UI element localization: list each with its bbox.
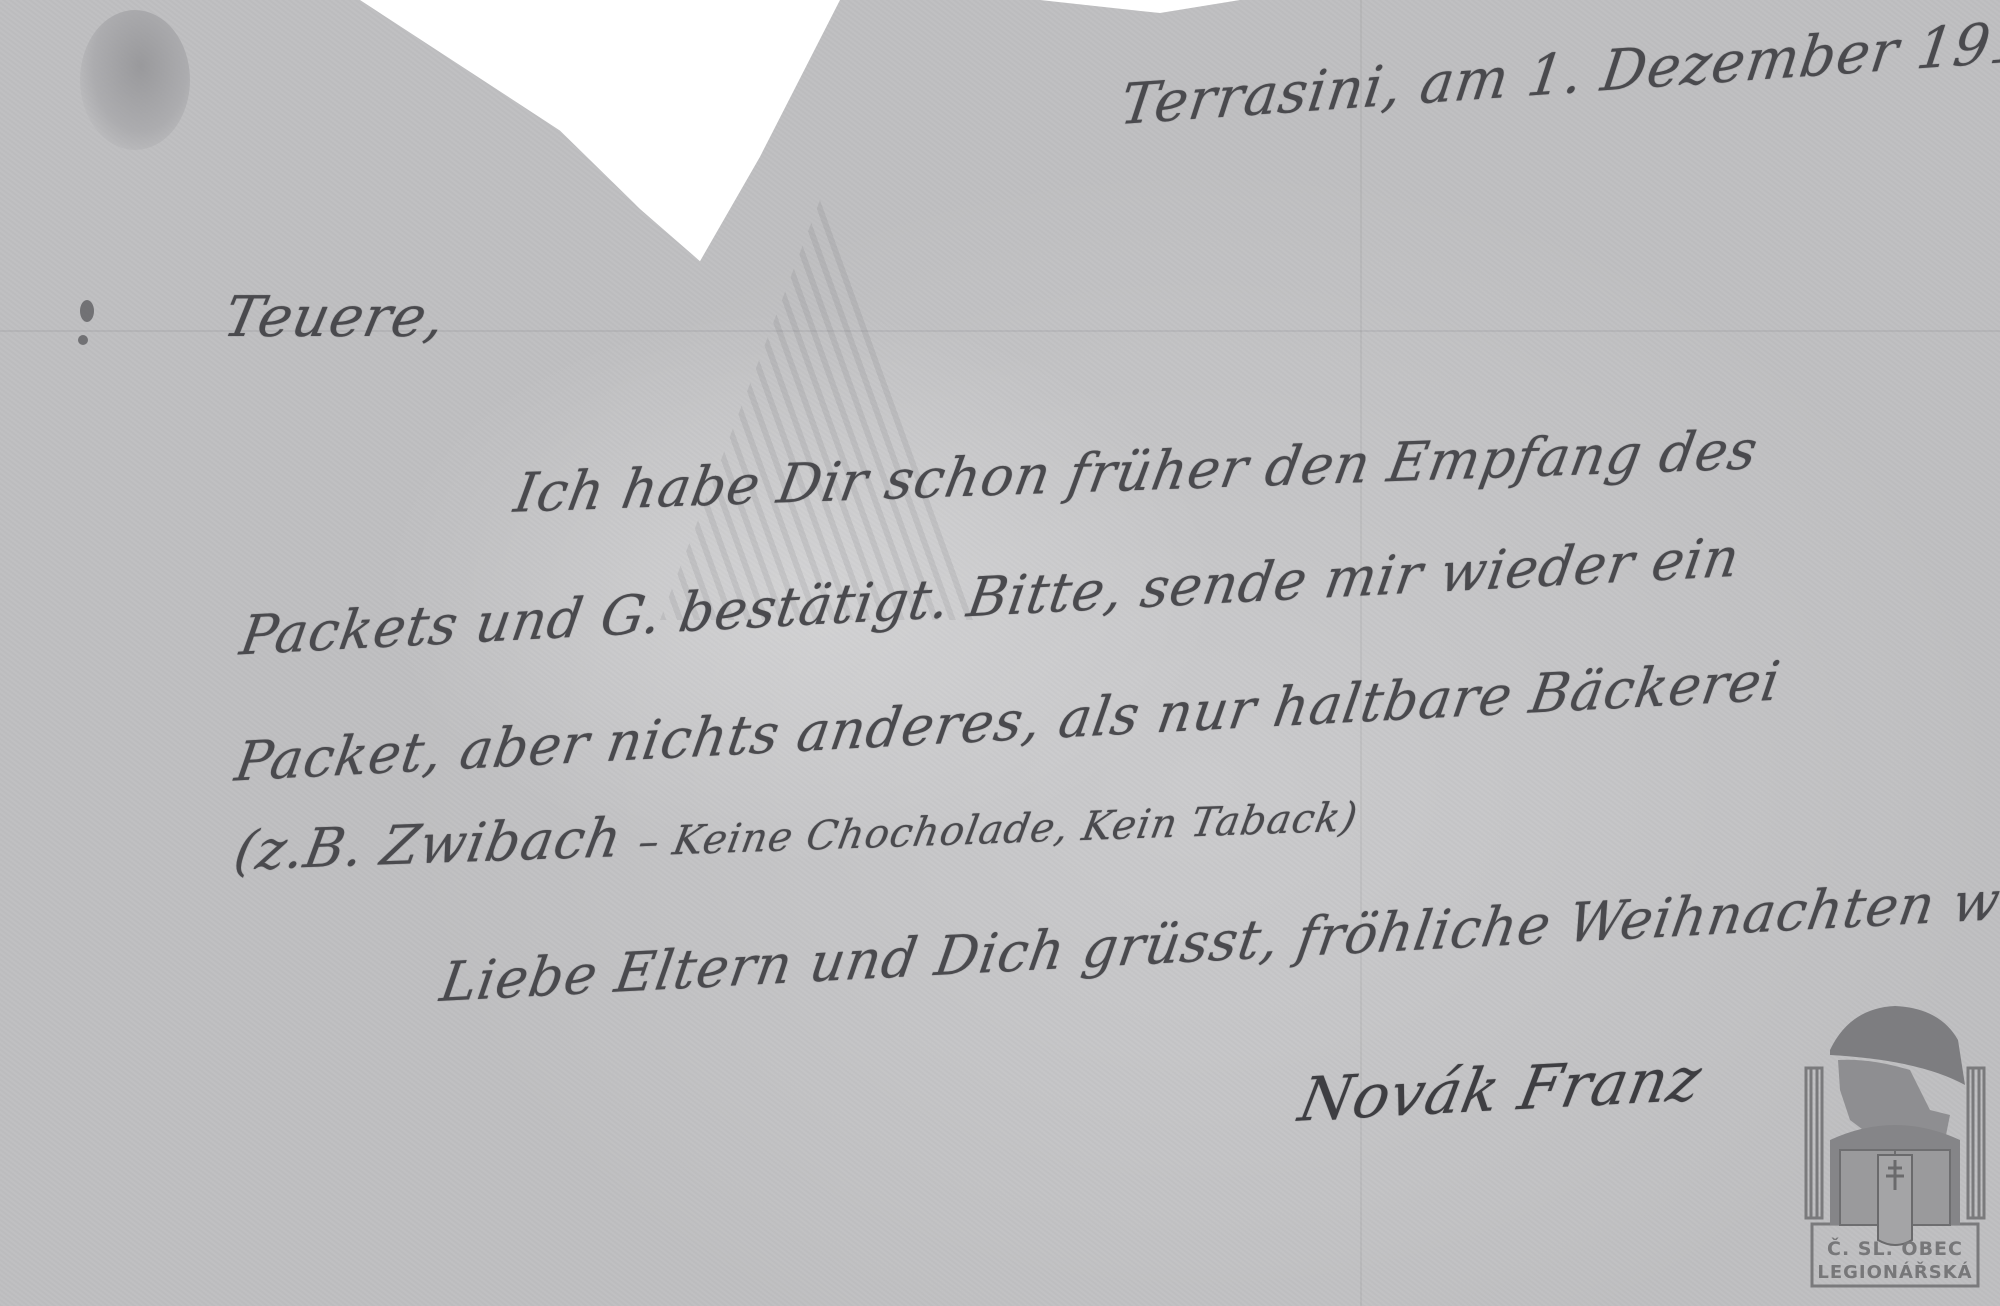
logo-text-line2: LEGIONÁŘSKÁ — [1814, 1262, 1976, 1283]
salutation: Teuere, — [218, 285, 452, 350]
legion-logo: Č. SL. OBEC LEGIONÁŘSKÁ — [1800, 1000, 1990, 1295]
ink-blot — [78, 335, 88, 345]
logo-text-line1: Č. SL. OBEC — [1814, 1238, 1976, 1260]
ink-blot — [80, 300, 94, 322]
water-stain — [80, 10, 190, 150]
